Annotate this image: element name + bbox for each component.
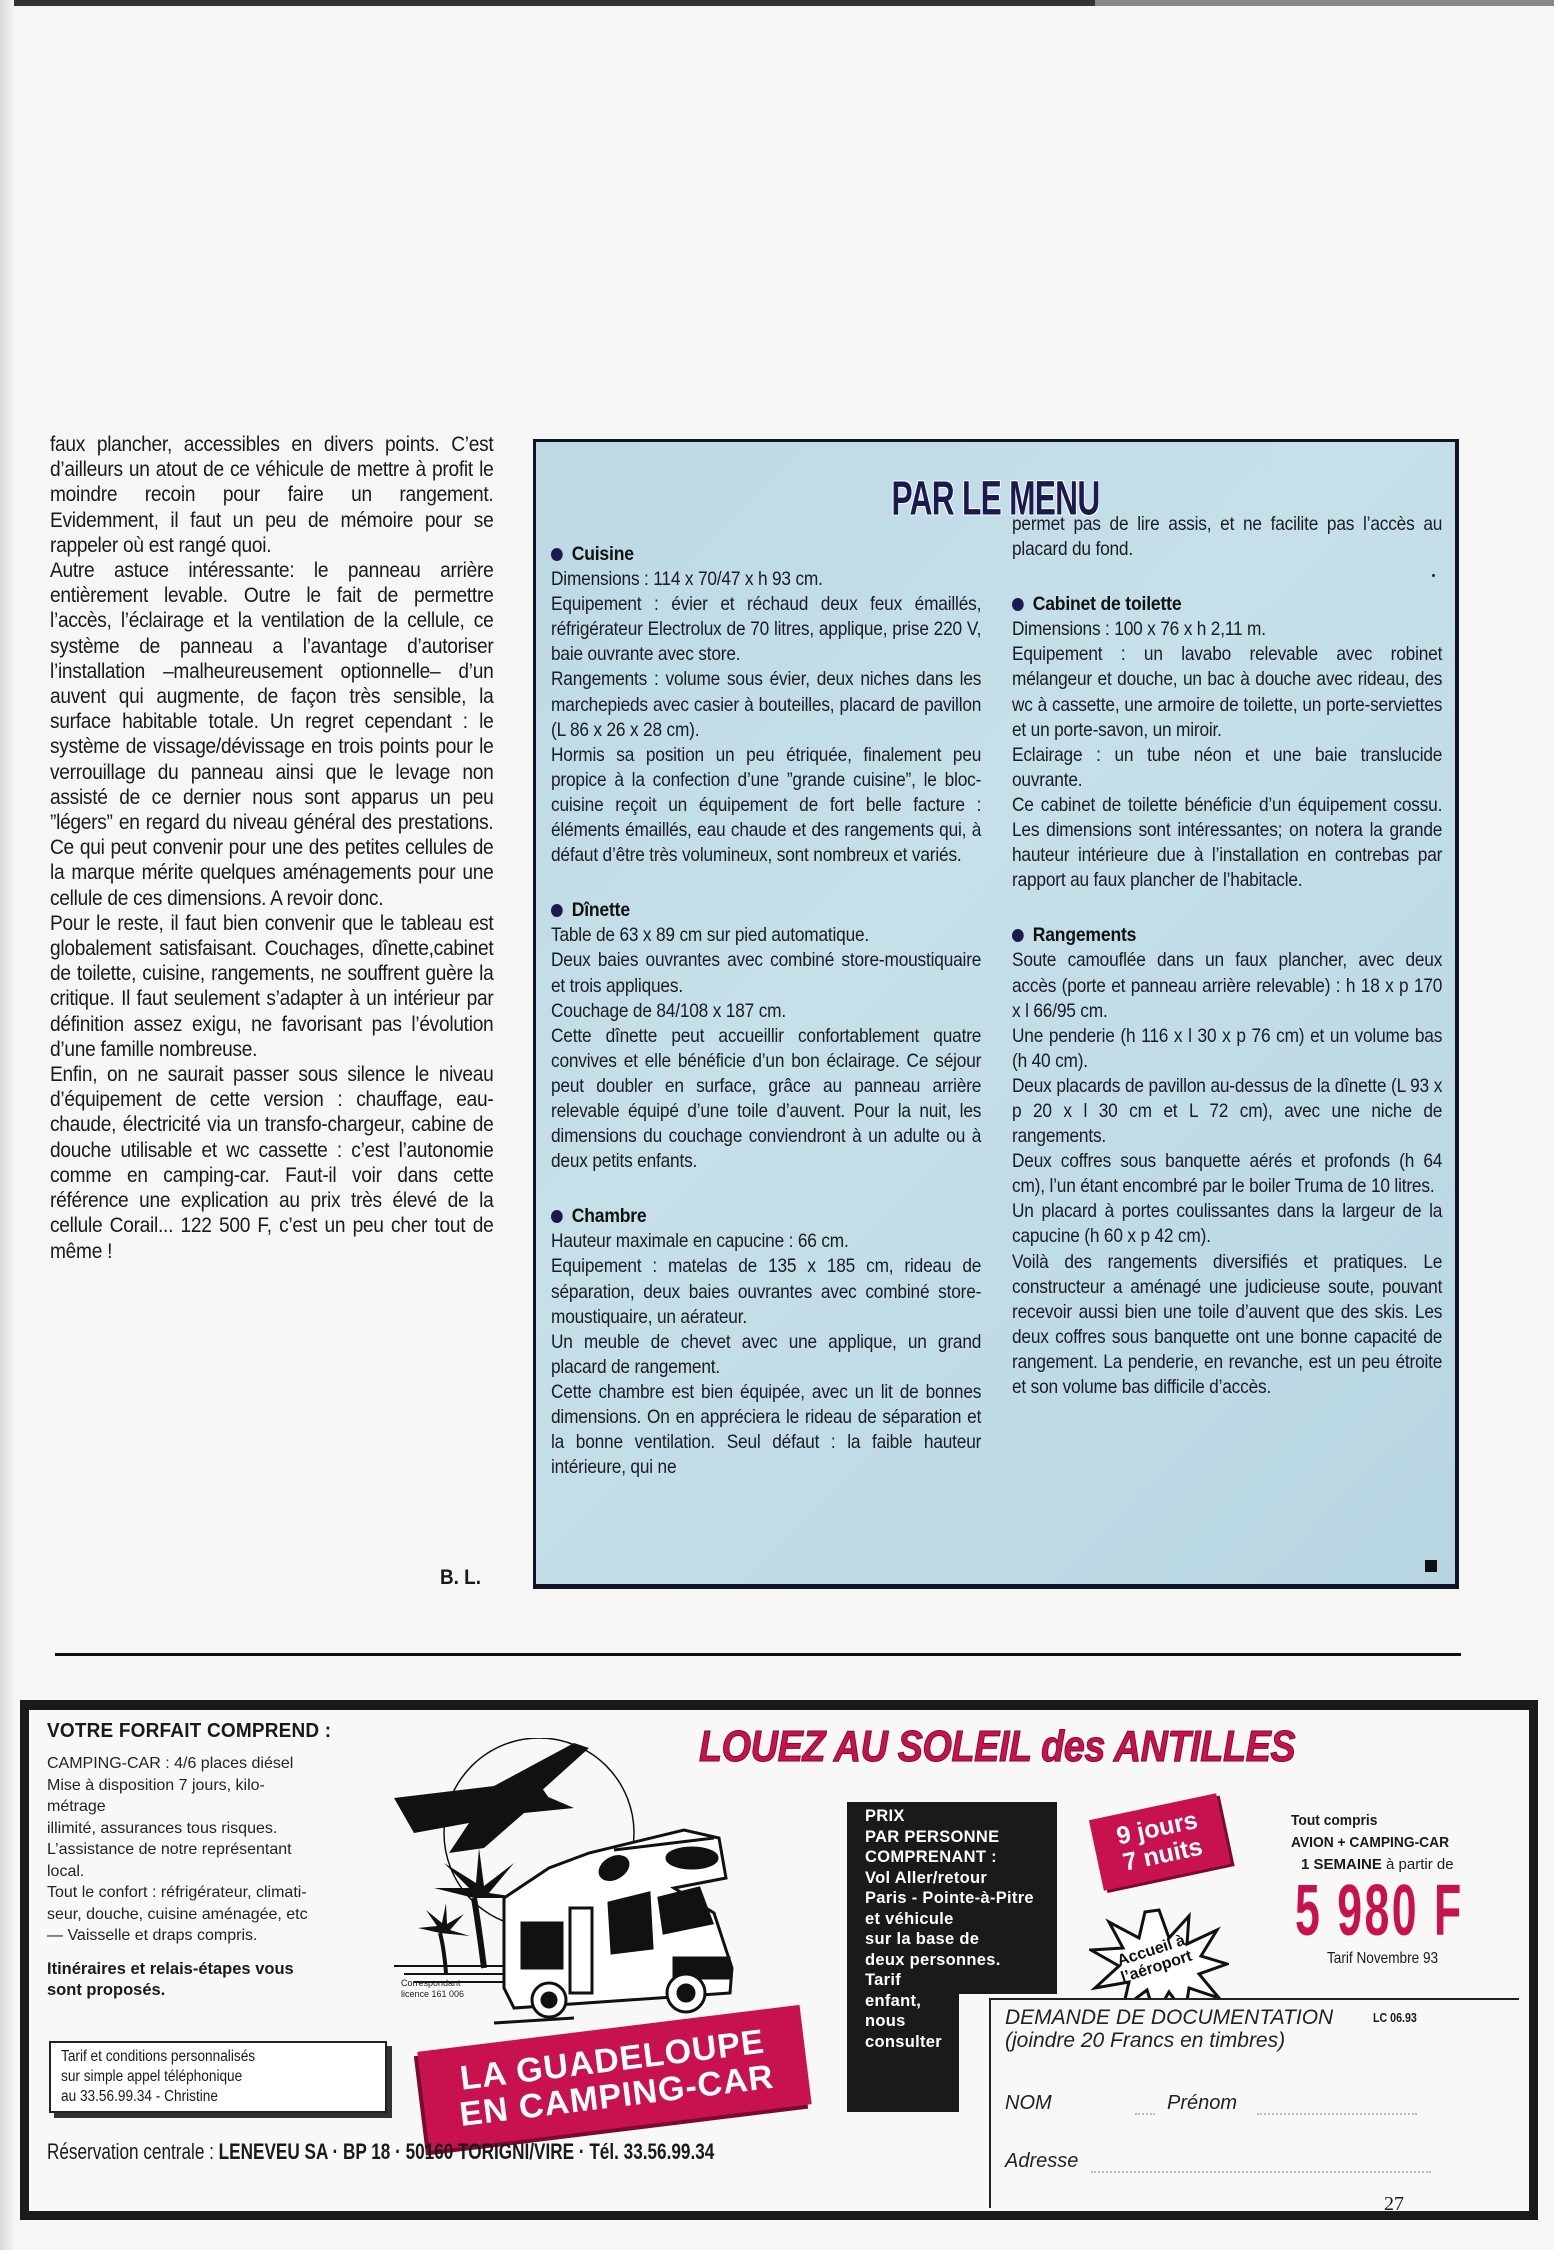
forfait-line: local.	[47, 1861, 377, 1883]
ad-headline: LOUEZ AU SOLEIL des ANTILLES	[699, 1722, 1295, 1772]
section-text: Equipement : un lavabo relevable avec ro…	[1012, 642, 1442, 742]
forfait-line: — Vaisselle et draps compris.	[47, 1925, 377, 1947]
prix-line: Paris - Pointe-à-Pitre	[865, 1888, 1034, 1909]
bullet-icon	[551, 904, 563, 917]
section-text: Equipement : matelas de 135 x 185 cm, ri…	[551, 1254, 981, 1329]
author-byline: B. L.	[440, 1566, 481, 1590]
section-text: Une penderie (h 116 x l 30 x p 76 cm) et…	[1012, 1024, 1442, 1074]
section-text: Hauteur maximale en capucine : 66 cm.	[551, 1229, 981, 1254]
reservation-label: Réservation centrale :	[47, 2139, 219, 2164]
article-paragraph: Pour le reste, il faut bien convenir que…	[50, 911, 493, 1062]
documentation-request-form: DEMANDE DE DOCUMENTATION (joindre 20 Fra…	[989, 1998, 1519, 2208]
adresse-label: Adresse	[1005, 2150, 1091, 2173]
article-paragraph: Autre astuce intéressante: le panneau ar…	[50, 558, 493, 911]
tout-compris-label: Tout compris AVION + CAMPING-CAR	[1291, 1810, 1449, 1854]
section-continuation: permet pas de lire assis, et ne facilite…	[1012, 512, 1442, 562]
bullet-icon	[551, 548, 563, 561]
bullet-icon	[1012, 929, 1024, 942]
name-row: NOM Prénom	[1005, 2092, 1417, 2115]
section-heading: Chambre	[572, 1204, 647, 1229]
section-heading: Cabinet de toilette	[1033, 592, 1182, 617]
prenom-field[interactable]	[1257, 2093, 1417, 2115]
section-text: Equipement : évier et réchaud deux feux …	[551, 592, 981, 667]
section-text: Eclairage : un tube néon et une baie tra…	[1012, 743, 1442, 793]
section-text: Hormis sa position un peu étriquée, fina…	[551, 743, 981, 868]
section-rangements: Rangements Soute camouflée dans un faux …	[1012, 923, 1442, 1400]
forfait-line: CAMPING-CAR : 4/6 places diésel	[47, 1753, 377, 1775]
price: 5 980 F	[1295, 1870, 1464, 1952]
section-text: permet pas de lire assis, et ne facilite…	[1012, 512, 1442, 562]
forfait-line: Tout le confort : réfrigérateur, climati…	[47, 1882, 377, 1904]
article-paragraph: Enfin, on ne saurait passer sous silence…	[50, 1062, 493, 1264]
article-column: faux plancher, accessibles en divers poi…	[50, 432, 493, 1264]
par-le-menu-sidebar: PAR LE MENU Cuisine Dimensions : 114 x 7…	[533, 439, 1459, 1589]
bullet-icon	[551, 1210, 563, 1223]
end-of-article-square-icon	[1425, 1560, 1437, 1572]
prix-line: PRIX	[865, 1806, 1034, 1827]
section-cabinet-de-toilette: Cabinet de toilette Dimensions : 100 x 7…	[1012, 592, 1442, 893]
prenom-label: Prénom	[1167, 2092, 1257, 2115]
section-text: Voilà des rangements diversifiés et prat…	[1012, 1250, 1442, 1401]
section-text: Cette chambre est bien équipée, avec un …	[551, 1380, 981, 1480]
tarif-line: Tarif et conditions personnalisés	[61, 2047, 337, 2067]
prix-line: COMPRENANT :	[865, 1847, 1034, 1868]
tarif-line: sur simple appel téléphonique	[61, 2067, 337, 2087]
nom-label: NOM	[1005, 2092, 1135, 2115]
tarif-line: au 33.56.99.34 - Christine	[61, 2087, 337, 2107]
advertisement-antilles: VOTRE FORFAIT COMPREND : CAMPING-CAR : 4…	[20, 1700, 1538, 2220]
horizontal-divider	[55, 1653, 1461, 1656]
forfait-line: Mise à disposition 7 jours, kilo-	[47, 1775, 377, 1797]
tarif-contact-box: Tarif et conditions personnalisés sur si…	[49, 2041, 387, 2113]
section-text: Un meuble de chevet avec une applique, u…	[551, 1330, 981, 1380]
itineraires-line: sont proposés.	[47, 1980, 377, 2002]
section-text: Deux coffres sous banquette aérés et pro…	[1012, 1149, 1442, 1199]
tarif-date: Tarif Novembre 93	[1327, 1950, 1438, 1968]
scan-top-edge	[0, 0, 1554, 6]
forfait-block: VOTRE FORFAIT COMPREND : CAMPING-CAR : 4…	[47, 1720, 377, 2002]
section-text: Rangements : volume sous évier, deux nic…	[551, 667, 981, 742]
section-heading: Rangements	[1033, 923, 1137, 948]
forfait-line: métrage	[47, 1796, 377, 1818]
section-text: Dimensions : 114 x 70/47 x h 93 cm.	[551, 567, 981, 592]
adresse-field[interactable]	[1091, 2151, 1431, 2173]
sidebar-right-column: permet pas de lire assis, et ne facilite…	[1012, 512, 1442, 1430]
prix-line: deux personnes.	[865, 1950, 1034, 1971]
forfait-heading: VOTRE FORFAIT COMPREND :	[47, 1720, 361, 1743]
prix-line: PAR PERSONNE	[865, 1827, 1034, 1848]
section-text: Soute camouflée dans un faux plancher, a…	[1012, 948, 1442, 1023]
sidebar-left-column: Cuisine Dimensions : 114 x 70/47 x h 93 …	[551, 542, 981, 1510]
section-text: Dimensions : 100 x 76 x h 2,11 m.	[1012, 617, 1442, 642]
bullet-icon	[1012, 598, 1024, 611]
reservation-details: LENEVEU SA · BP 18 · 50160 TORIGNI/VIRE …	[219, 2139, 715, 2164]
camping-car-icon	[504, 1830, 732, 2017]
licence-caption: Correspondant licence 161 006	[401, 1978, 464, 2000]
stray-dot-mark	[1432, 574, 1435, 577]
forfait-line: seur, douche, cuisine aménagée, etc	[47, 1904, 377, 1926]
address-row: Adresse	[1005, 2150, 1431, 2173]
section-cuisine: Cuisine Dimensions : 114 x 70/47 x h 93 …	[551, 542, 981, 868]
duration-badge: 9 jours 7 nuits	[1089, 1793, 1231, 1890]
section-text: Deux baies ouvrantes avec combiné store-…	[551, 948, 981, 998]
prix-line: Tarif	[865, 1970, 1034, 1991]
itineraires-line: Itinéraires et relais-étapes vous	[47, 1959, 377, 1981]
airplane-icon	[394, 1743, 589, 1853]
forfait-line: illimité, assurances tous risques.	[47, 1818, 377, 1840]
scan-left-shadow	[0, 0, 14, 2250]
article-paragraph: faux plancher, accessibles en divers poi…	[50, 432, 493, 558]
nom-field[interactable]	[1135, 2093, 1155, 2115]
section-dinette: Dînette Table de 63 x 89 cm sur pied aut…	[551, 898, 981, 1174]
section-heading: Cuisine	[572, 542, 634, 567]
form-title: DEMANDE DE DOCUMENTATION (joindre 20 Fra…	[1005, 2006, 1333, 2052]
reservation-contact: Réservation centrale : LENEVEU SA · BP 1…	[47, 2139, 714, 2165]
form-reference-code: LC 06.93	[1373, 2010, 1417, 2025]
section-chambre: Chambre Hauteur maximale en capucine : 6…	[551, 1204, 981, 1480]
section-text: Cette dînette peut accueillir confortabl…	[551, 1024, 981, 1175]
prix-line: et véhicule	[865, 1909, 1034, 1930]
prix-line: Vol Aller/retour	[865, 1868, 1034, 1889]
section-heading: Dînette	[572, 898, 630, 923]
forfait-line: L’assistance de notre représentant	[47, 1839, 377, 1861]
section-text: Ce cabinet de toilette bénéficie d’un éq…	[1012, 793, 1442, 893]
section-text: Table de 63 x 89 cm sur pied automatique…	[551, 923, 981, 948]
section-text: Deux placards de pavillon au-dessus de l…	[1012, 1074, 1442, 1149]
plane-and-camping-car-illustration	[374, 1738, 844, 2048]
section-text: Un placard à portes coulissantes dans la…	[1012, 1199, 1442, 1249]
page-number: 27	[1384, 2193, 1404, 2216]
section-text: Couchage de 84/108 x 187 cm.	[551, 999, 981, 1024]
prix-line: sur la base de	[865, 1929, 1034, 1950]
